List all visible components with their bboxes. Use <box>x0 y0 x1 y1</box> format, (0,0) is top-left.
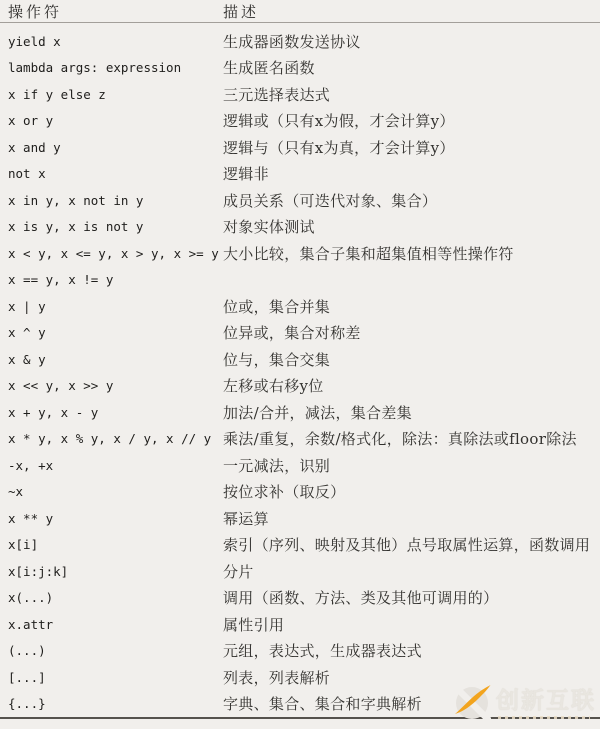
operator-cell: x * y, x % y, x / y, x // y <box>8 431 223 446</box>
operator-cell: -x, +x <box>8 458 223 473</box>
description-cell: 按位求补（取反） <box>223 481 600 502</box>
operator-cell: x or y <box>8 113 223 128</box>
description-cell: 逻辑非 <box>223 163 600 184</box>
table-row: x[i] 索引（序列、映射及其他）点号取属性运算，函数调用 <box>0 532 600 559</box>
table-row: x & y 位与，集合交集 <box>0 346 600 373</box>
table-row: yield x 生成器函数发送协议 <box>0 28 600 55</box>
brand-logo-icon <box>453 683 491 725</box>
description-cell: 一元减法，识别 <box>223 455 600 476</box>
watermark: 创新互联 <box>453 683 596 725</box>
operator-cell: x == y, x != y <box>8 272 223 287</box>
operator-table: 操作符 描述 yield x 生成器函数发送协议 lambda args: ex… <box>0 0 600 717</box>
table-row: x < y, x <= y, x > y, x >= y 大小比较，集合子集和超… <box>0 240 600 267</box>
operator-cell: ~x <box>8 484 223 499</box>
description-cell: 元组，表达式，生成器表达式 <box>223 640 600 661</box>
table-row: x ** y 幂运算 <box>0 505 600 532</box>
description-cell: 位或，集合并集 <box>223 296 600 317</box>
operator-cell: yield x <box>8 34 223 49</box>
description-cell: 大小比较，集合子集和超集值相等性操作符 <box>223 243 600 264</box>
description-cell: 加法/合并，减法，集合差集 <box>223 402 600 423</box>
operator-cell: x is y, x is not y <box>8 219 223 234</box>
table-row: -x, +x 一元减法，识别 <box>0 452 600 479</box>
description-cell: 位异或，集合对称差 <box>223 322 600 343</box>
operator-cell: x[i] <box>8 537 223 552</box>
table-header-row: 操作符 描述 <box>0 0 600 23</box>
description-cell: 索引（序列、映射及其他）点号取属性运算，函数调用 <box>223 534 600 555</box>
scanned-operator-table-page: 操作符 描述 yield x 生成器函数发送协议 lambda args: ex… <box>0 0 600 729</box>
operator-cell: lambda args: expression <box>8 60 223 75</box>
brand-name: 创新互联 <box>496 689 596 713</box>
table-row: lambda args: expression 生成匿名函数 <box>0 55 600 82</box>
table-row: x + y, x - y 加法/合并，减法，集合差集 <box>0 399 600 426</box>
table-row: (...) 元组，表达式，生成器表达式 <box>0 638 600 665</box>
operator-cell: x ^ y <box>8 325 223 340</box>
description-cell: 对象实体测试 <box>223 216 600 237</box>
operator-cell: x + y, x - y <box>8 405 223 420</box>
table-row: x == y, x != y <box>0 267 600 294</box>
description-cell: 逻辑或（只有x为假，才会计算y） <box>223 110 600 131</box>
operator-cell: x in y, x not in y <box>8 193 223 208</box>
table-row: x(...) 调用（函数、方法、类及其他可调用的） <box>0 585 600 612</box>
column-header-operator: 操作符 <box>8 1 223 22</box>
operator-cell: x << y, x >> y <box>8 378 223 393</box>
table-row: ~x 按位求补（取反） <box>0 479 600 506</box>
table-row: not x 逻辑非 <box>0 161 600 188</box>
description-cell: 乘法/重复，余数/格式化，除法：真除法或floor除法 <box>223 428 600 449</box>
table-row: x | y 位或，集合并集 <box>0 293 600 320</box>
operator-cell: (...) <box>8 643 223 658</box>
operator-cell: {...} <box>8 696 223 711</box>
operator-cell: x[i:j:k] <box>8 564 223 579</box>
description-cell: 位与，集合交集 <box>223 349 600 370</box>
operator-cell: not x <box>8 166 223 181</box>
description-cell: 逻辑与（只有x为真，才会计算y） <box>223 137 600 158</box>
table-row: x * y, x % y, x / y, x // y 乘法/重复，余数/格式化… <box>0 426 600 453</box>
table-row: x << y, x >> y 左移或右移y位 <box>0 373 600 400</box>
operator-cell: x(...) <box>8 590 223 605</box>
table-row: x[i:j:k] 分片 <box>0 558 600 585</box>
description-cell: 成员关系（可迭代对象、集合） <box>223 190 600 211</box>
operator-cell: [...] <box>8 670 223 685</box>
description-cell: 属性引用 <box>223 614 600 635</box>
table-row: x and y 逻辑与（只有x为真，才会计算y） <box>0 134 600 161</box>
description-cell: 分片 <box>223 561 600 582</box>
operator-cell: x if y else z <box>8 87 223 102</box>
table-row: x ^ y 位异或，集合对称差 <box>0 320 600 347</box>
description-cell: 幂运算 <box>223 508 600 529</box>
description-cell: 生成匿名函数 <box>223 57 600 78</box>
table-row: x in y, x not in y 成员关系（可迭代对象、集合） <box>0 187 600 214</box>
description-cell: 三元选择表达式 <box>223 84 600 105</box>
description-cell: 调用（函数、方法、类及其他可调用的） <box>223 587 600 608</box>
operator-cell: x | y <box>8 299 223 314</box>
column-header-description: 描述 <box>223 1 600 22</box>
description-cell: 生成器函数发送协议 <box>223 31 600 52</box>
operator-cell: x.attr <box>8 617 223 632</box>
brand-subtext-dots <box>498 716 590 719</box>
operator-cell: x & y <box>8 352 223 367</box>
description-cell: 左移或右移y位 <box>223 375 600 396</box>
operator-cell: x ** y <box>8 511 223 526</box>
table-row: x is y, x is not y 对象实体测试 <box>0 214 600 241</box>
table-body: yield x 生成器函数发送协议 lambda args: expressio… <box>0 23 600 717</box>
operator-cell: x < y, x <= y, x > y, x >= y <box>8 246 223 261</box>
table-row: x or y 逻辑或（只有x为假，才会计算y） <box>0 108 600 135</box>
brand-text-block: 创新互联 <box>496 689 596 719</box>
table-row: x.attr 属性引用 <box>0 611 600 638</box>
operator-cell: x and y <box>8 140 223 155</box>
table-row: x if y else z 三元选择表达式 <box>0 81 600 108</box>
